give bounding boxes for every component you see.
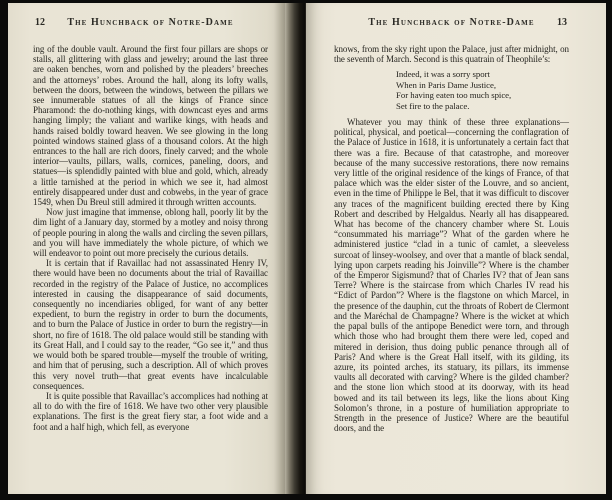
paragraph: It is certain that if Ravaillac had not … [33,258,268,391]
quatrain-line: Set fire to the palace. [396,101,569,111]
running-title-right: The Hunchback of Notre-Dame [334,17,569,28]
book-scan: 12 The Hunchback of Notre-Dame ing of th… [0,0,612,500]
quatrain-line: Indeed, it was a sorry sport [396,69,569,79]
paragraph: Now just imagine that immense, oblong ha… [33,207,268,258]
page-header-right: The Hunchback of Notre-Dame 13 [334,17,569,32]
page-right: The Hunchback of Notre-Dame 13 knows, fr… [306,3,606,494]
quatrain: Indeed, it was a sorry sport When in Par… [396,69,569,111]
page-header-left: 12 The Hunchback of Notre-Dame [33,17,268,32]
quatrain-line: When in Paris Dame Justice, [396,80,569,90]
paragraph: It is quite possible that Ravaillac’s ac… [33,391,268,432]
paragraph-continuation: knows, from the sky right upon the Palac… [334,44,569,64]
paragraph: Whatever you may think of these three ex… [334,117,569,433]
paragraph-continuation: ing of the double vault. Around the firs… [33,44,268,207]
running-title-left: The Hunchback of Notre-Dame [33,17,268,28]
page-gutter [285,3,306,494]
quatrain-line: For having eaten too much spice, [396,90,569,100]
page-left: 12 The Hunchback of Notre-Dame ing of th… [8,3,285,494]
page-body-right: knows, from the sky right upon the Palac… [334,44,569,433]
page-number-right: 13 [557,17,567,28]
page-body-left: ing of the double vault. Around the firs… [33,44,268,432]
